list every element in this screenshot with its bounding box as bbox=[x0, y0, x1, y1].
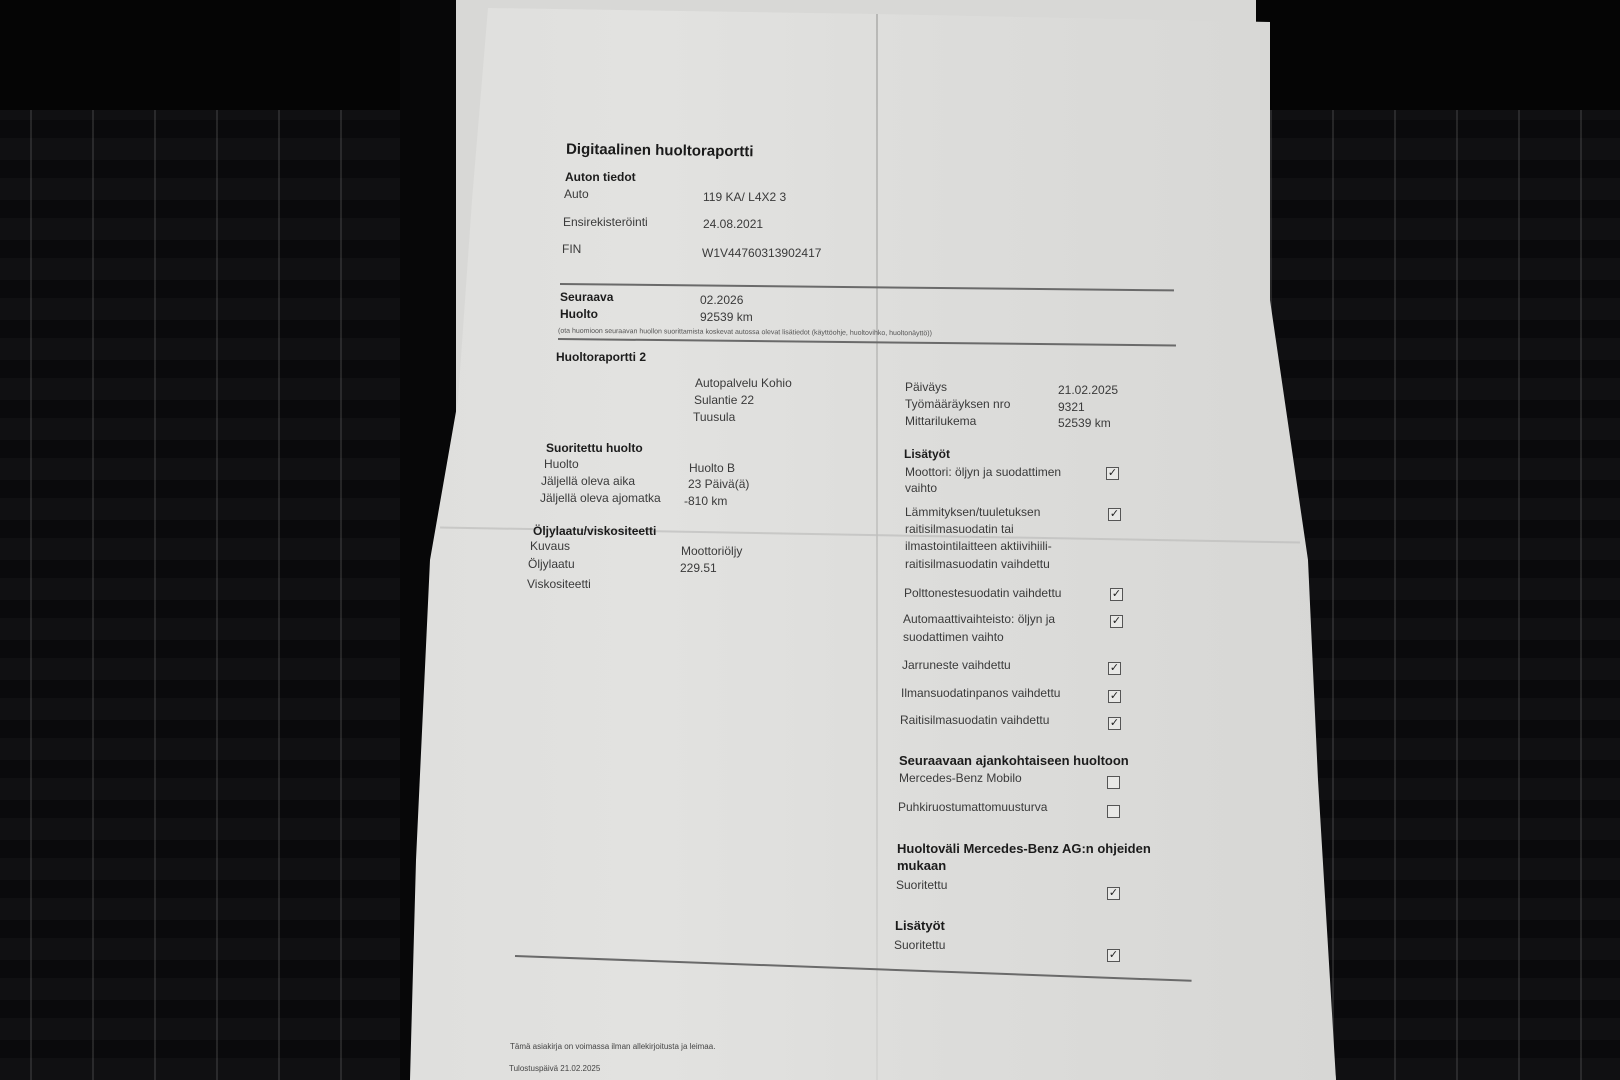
mobilo-checkbox[interactable] bbox=[1107, 776, 1120, 789]
extra-work-heading: Lisätyöt bbox=[904, 447, 950, 461]
extra-work-item-1-checkbox[interactable]: ✓ bbox=[1106, 467, 1119, 480]
rust-warranty-label: Puhkiruostumattomuusturva bbox=[898, 800, 1047, 814]
odometer-label: Mittarilukema bbox=[905, 414, 976, 428]
extra-work-item-3-checkbox[interactable]: ✓ bbox=[1110, 588, 1123, 601]
next-service-km: 92539 km bbox=[700, 310, 753, 324]
print-date: Tulostuspäivä 21.02.2025 bbox=[509, 1064, 600, 1073]
vehicle-value-fin: W1V44760313902417 bbox=[702, 246, 821, 260]
next-current-heading: Seuraavaan ajankohtaiseen huoltoon bbox=[899, 753, 1129, 768]
next-service-label-2: Huolto bbox=[560, 307, 598, 321]
mobilo-label: Mercedes-Benz Mobilo bbox=[899, 771, 1022, 785]
performed-service-value: Huolto B bbox=[689, 461, 735, 475]
extra-work-item-7-checkbox[interactable]: ✓ bbox=[1108, 717, 1121, 730]
vehicle-label-registration: Ensirekisteröinti bbox=[563, 215, 648, 229]
extra-work-item-7: Raitisilmasuodatin vaihdettu bbox=[900, 713, 1049, 727]
workshop-name: Autopalvelu Kohio bbox=[695, 376, 792, 390]
extra-work-item-5-checkbox[interactable]: ✓ bbox=[1108, 662, 1121, 675]
extra-work-item-2-checkbox[interactable]: ✓ bbox=[1108, 508, 1121, 521]
interval-done-checkbox[interactable]: ✓ bbox=[1107, 887, 1120, 900]
vehicle-label-fin: FIN bbox=[562, 242, 581, 256]
report-date-label: Päiväys bbox=[905, 380, 947, 394]
oil-heading: Öljylaatu/viskositeetti bbox=[533, 524, 656, 538]
next-service-label-1: Seuraava bbox=[560, 290, 613, 304]
oil-description-value: Moottoriöljy bbox=[681, 544, 742, 558]
vehicle-value-registration: 24.08.2021 bbox=[703, 217, 763, 231]
report-heading: Huoltoraportti 2 bbox=[556, 350, 646, 364]
performed-service-heading: Suoritettu huolto bbox=[546, 441, 643, 455]
extra-work-item-5: Jarruneste vaihdettu bbox=[902, 658, 1011, 672]
divider bbox=[560, 283, 1174, 291]
extra-done-checkbox[interactable]: ✓ bbox=[1107, 949, 1120, 962]
remaining-time-label: Jäljellä oleva aika bbox=[541, 474, 635, 488]
extra-work-item-3: Polttonestesuodatin vaihdettu bbox=[904, 586, 1061, 600]
extra-work-item-1-line-2: vaihto bbox=[905, 481, 937, 495]
document-title: Digitaalinen huoltoraportti bbox=[566, 141, 754, 161]
extra-work-item-6: Ilmansuodatinpanos vaihdettu bbox=[901, 686, 1060, 700]
oil-quality-label: Öljylaatu bbox=[528, 557, 575, 571]
divider bbox=[515, 955, 1192, 982]
vehicle-label-auto: Auto bbox=[564, 187, 589, 201]
performed-service-label: Huolto bbox=[544, 457, 579, 471]
report-date-value: 21.02.2025 bbox=[1058, 383, 1118, 397]
validity-note: Tämä asiakirja on voimassa ilman allekir… bbox=[510, 1042, 715, 1051]
workshop-city: Tuusula bbox=[693, 410, 735, 424]
extra-work-item-2-line-2: raitisilmasuodatin tai bbox=[905, 522, 1014, 536]
extra-work-item-2-line-3: ilmastointilaitteen aktiivihiili- bbox=[905, 539, 1052, 553]
extra-work-item-4-line-1: Automaattivaihteisto: öljyn ja bbox=[903, 612, 1055, 626]
extra-work-item-2-line-4: raitisilmasuodatin vaihdettu bbox=[905, 557, 1050, 571]
extra-done-heading: Lisätyöt bbox=[895, 918, 945, 933]
remaining-distance-value: -810 km bbox=[684, 494, 727, 508]
viscosity-label: Viskositeetti bbox=[527, 577, 591, 591]
vehicle-heading: Auton tiedot bbox=[565, 170, 636, 184]
service-report: Digitaalinen huoltoraportti Auton tiedot… bbox=[0, 0, 1620, 1080]
rust-warranty-checkbox[interactable] bbox=[1107, 805, 1120, 818]
extra-work-item-2-line-1: Lämmityksen/tuuletuksen bbox=[905, 505, 1040, 519]
interval-heading-line-1: Huoltoväli Mercedes-Benz AG:n ohjeiden bbox=[897, 841, 1151, 856]
extra-done-label: Suoritettu bbox=[894, 938, 945, 952]
interval-done-label: Suoritettu bbox=[896, 878, 947, 892]
work-order-value: 9321 bbox=[1058, 400, 1085, 414]
extra-work-item-4-checkbox[interactable]: ✓ bbox=[1110, 615, 1123, 628]
remaining-time-value: 23 Päivä(ä) bbox=[688, 477, 749, 491]
extra-work-item-4-line-2: suodattimen vaihto bbox=[903, 630, 1004, 644]
remaining-distance-label: Jäljellä oleva ajomatka bbox=[540, 491, 661, 505]
divider bbox=[558, 338, 1176, 346]
interval-heading-line-2: mukaan bbox=[897, 858, 946, 873]
extra-work-item-1-line-1: Moottori: öljyn ja suodattimen bbox=[905, 465, 1061, 479]
extra-work-item-6-checkbox[interactable]: ✓ bbox=[1108, 690, 1121, 703]
work-order-label: Työmääräyksen nro bbox=[905, 397, 1010, 411]
oil-quality-value: 229.51 bbox=[680, 561, 717, 575]
oil-description-label: Kuvaus bbox=[530, 539, 570, 553]
next-service-date: 02.2026 bbox=[700, 293, 743, 307]
next-service-note: (ota huomioon seuraavan huollon suoritta… bbox=[558, 328, 932, 338]
odometer-value: 52539 km bbox=[1058, 416, 1111, 430]
vehicle-value-auto: 119 KA/ L4X2 3 bbox=[703, 190, 786, 204]
workshop-street: Sulantie 22 bbox=[694, 393, 754, 407]
